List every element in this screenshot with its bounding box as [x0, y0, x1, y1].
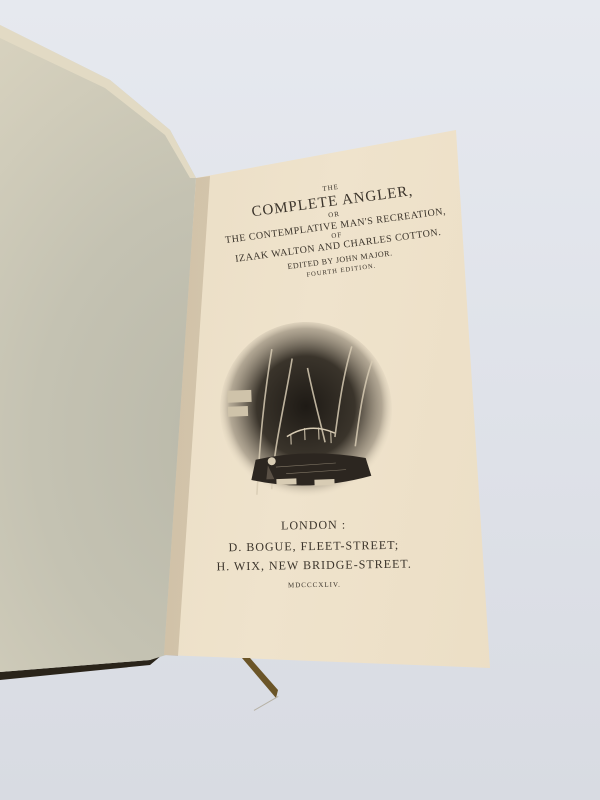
ribbon-thread [254, 696, 279, 711]
imprint: LONDON : D. BOGUE, FLEET-STREET; H. WIX,… [200, 516, 429, 590]
imprint-city: LONDON : [200, 516, 428, 534]
imprint-publisher-1: D. BOGUE, FLEET-STREET; [200, 537, 428, 555]
photo-scene: THE COMPLETE ANGLER, OR THE CONTEMPLATIV… [0, 0, 600, 800]
imprint-publisher-2: H. WIX, NEW BRIDGE-STREET. [200, 556, 428, 574]
engraving-illustration [211, 315, 401, 507]
